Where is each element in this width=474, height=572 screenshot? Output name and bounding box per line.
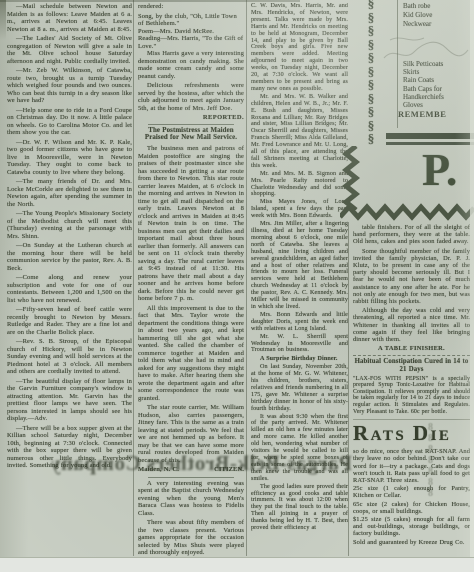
paragraph: Skirts [403, 68, 473, 76]
scroll-ornament-border: § § § § § § § § § § § [357, 0, 385, 146]
laxfos-ad-body: "LAX-FOS WITH PEPSIN" is a specially pre… [353, 376, 470, 416]
rats-ad-paragraphs: so do mice, once they eat RAT-SNAP. And … [353, 448, 470, 546]
paragraph: —Mr. Zeb W. Wilkinson, of Catawba, route… [7, 67, 132, 105]
paragraph: Mr. W. L. Sherrill spent Wednesday in Mo… [251, 334, 348, 355]
paragraph: 65c size (2 cakes) for Chicken House, co… [353, 501, 470, 515]
rats-headline-ie: IE [431, 428, 452, 444]
paragraph: Mr. and Mrs. W. B. Walker and children, … [251, 94, 348, 170]
paragraph: The good ladies sure proved their effici… [251, 484, 348, 532]
rats-die-headline: RATS DIE [353, 423, 470, 446]
laxfos-ad-heading: Habitual Constipation Cured in 14 to 21 … [353, 358, 470, 373]
paragraph: —The Ladies' Aid Society of Mt. Olive co… [7, 35, 132, 65]
paragraph: Rain Coats [403, 76, 473, 84]
paragraph: —Fifty-seven head of beef cattle were re… [7, 306, 132, 336]
rats-headline-dropcap-r: R [353, 421, 371, 445]
scan-bed-margin [0, 557, 474, 572]
news-column-4: table finishers. For of all the sleight … [353, 224, 470, 557]
paragraph: —Help some one to ride in a Ford Coupe o… [7, 107, 132, 137]
remember-label: REMEMBE [398, 109, 446, 119]
paragraph: Mrs. Bonn Edwards and little daughter Do… [251, 312, 348, 333]
paragraph: Reading—Mrs. Harris, "To the Gift of Lov… [138, 35, 244, 50]
paragraph: —On Sunday at the Lutheran church at the… [7, 242, 132, 272]
paragraph: Gloves [403, 101, 473, 109]
laxfos-advertisement: Habitual Constipation Cured in 14 to 21 … [353, 355, 470, 420]
zigzag-border-bottom [340, 203, 474, 221]
paragraph: Mr. and Mrs. M. B. Sigmon and Mrs. Pearl… [251, 171, 348, 199]
paragraph: so do mice, once they eat RAT-SNAP. And … [353, 448, 470, 484]
ad-item-list-top: Bath robeKid GloveNeckwear [403, 2, 473, 29]
large-letter-p: P. [422, 144, 457, 196]
paragraph: Some thoughtful member of the family inv… [353, 248, 470, 306]
continuation-line: rendered: [138, 3, 244, 11]
paragraph: —Come along and renew your subscription … [7, 274, 132, 304]
birthday-dinner-headline: A Surprise Birthday Dinner. [251, 356, 348, 363]
mail-service-paragraphs: The business men and patrons of Maiden p… [138, 145, 244, 464]
paragraph: Delicious refreshments were served by th… [138, 82, 244, 112]
newspaper-page-scan: —Mail schedule between Newton and Maiden… [0, 0, 474, 572]
paragraph: On last Sunday, November 20th, at the ho… [251, 364, 348, 412]
section-rule [148, 124, 234, 125]
scan-edge-shadow [0, 0, 6, 40]
bleedthrough-headline: Pargas-Belk-Brothers Company [52, 449, 352, 479]
paragraph: The business men and patrons of Maiden p… [138, 145, 244, 303]
paragraph: C. W. Davis, Mrs. Harris, Mr. and Mrs. H… [251, 3, 348, 93]
paragraph: Bath robe [403, 2, 473, 11]
local-items-paragraphs: C. W. Davis, Mrs. Harris, Mr. and Mrs. H… [251, 3, 348, 354]
scan-edge-right [470, 0, 474, 572]
paragraph: —The beautiful display of floor lamps in… [7, 378, 132, 423]
paragraph: All this improvement is due to the fact … [138, 305, 244, 403]
baraca-class-paragraphs: A very interesting evening was spent at … [138, 480, 244, 556]
paragraph: —The many friends of Dr. and Mrs. Locke … [7, 178, 132, 208]
paragraph: Bath Caps for [403, 85, 473, 93]
zigzag-border-left [342, 146, 362, 210]
paragraph: 25c size (1 cake) enough for Pantry, Kit… [353, 485, 470, 499]
paragraph: Kid Glove [403, 11, 473, 20]
reported-byline: REPORTED. [138, 114, 244, 122]
scan-edge-top [0, 0, 300, 2]
paragraph: Silk Petticoats [403, 60, 473, 68]
paragraph: A very interesting evening was spent at … [138, 480, 244, 518]
paragraph: —Dr. W. F. Wilson and Mr. K. P. Kale, tw… [7, 139, 132, 177]
club-report-paragraphs: Miss Harris gave a very interesting demo… [138, 50, 244, 112]
paragraph: Miss Mayes Jones, of Long Island, spent … [251, 199, 348, 220]
club-program-list: Song, by the club, "Oh, Little Town of B… [138, 13, 244, 51]
paragraph: —Rev. S. B. Stroup, of the Episcopal chu… [7, 338, 132, 376]
paragraph: Mrs. Jim Miller, after a lingering illne… [251, 221, 348, 311]
bleedthrough-ornament-dots: 8 8 8 8 8 8 8 [428, 422, 433, 499]
paragraph: $1.25 size (5 cakes) enough for all farm… [353, 516, 470, 538]
rat-snap-advertisement: RATS DIE so do mice, once they eat RAT-S… [353, 423, 470, 546]
paragraph: Although the day was cold and very threa… [353, 307, 470, 343]
table-finisher-paragraphs: table finishers. For of all the sleight … [353, 224, 470, 343]
rats-headline-ats: ATS [371, 428, 413, 444]
adjacent-ad-area: § § § § § § § § § § § Bath robeKid Glove… [340, 0, 474, 224]
thick-rule [386, 133, 474, 139]
mail-service-headline: The Postmistress at Maiden Praised for N… [138, 127, 244, 143]
ad-item-list-mid: Silk PetticoatsSkirtsRain CoatsBath Caps… [403, 60, 473, 109]
paragraph: Poem—Mrs. David McRee. [138, 28, 244, 36]
paragraph: There was about fifty members of the two… [138, 519, 244, 556]
paragraph: —Mail schedule between Newton and Maiden… [7, 3, 132, 33]
paragraph: Song, by the club, "Oh, Little Town of B… [138, 13, 244, 28]
paragraph: Handkerchiefs [403, 93, 473, 101]
paragraph: Sold and guaranteed by Kreeze Drug Co. [353, 539, 470, 546]
column-rule-3 [348, 222, 349, 556]
paragraph: —The Young People's Missionary Society o… [7, 210, 132, 240]
paragraph: Miss Harris gave a very interesting demo… [138, 50, 244, 80]
table-finisher-signoff: A TABLE FINISHER. [353, 345, 470, 352]
paragraph: table finishers. For of all the sleight … [353, 224, 470, 246]
